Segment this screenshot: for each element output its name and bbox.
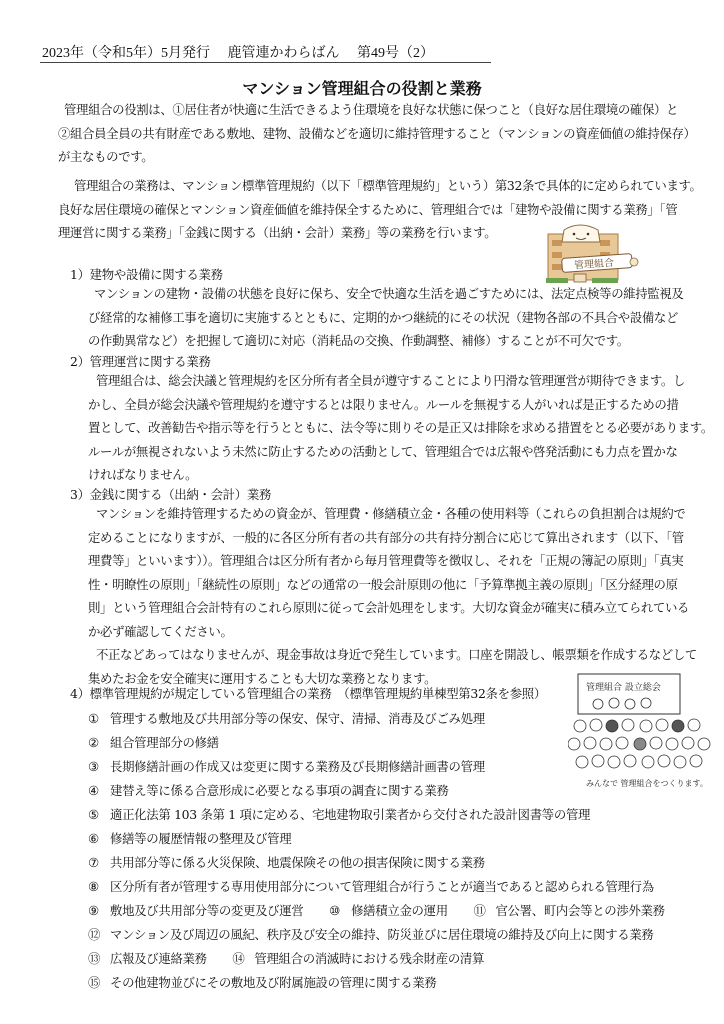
text-line: マンションの建物・設備の状態を良好に保ち、安全で快適な生活を過ごすためには、法定…	[94, 282, 683, 306]
duty-item-3: ③長期修繕計画の作成又は変更に関する業務及び長期修繕計画書の管理	[88, 757, 485, 775]
duty-text: 広報及び連絡業務	[110, 951, 207, 966]
duty-number: ⑦	[88, 855, 110, 870]
text-line: ②組合員全員の共有財産である敷地、建物、設備などを適切に維持管理すること（マンシ…	[58, 122, 696, 146]
duty-item-8: ⑧区分所有者が管理する専用使用部分について管理組合が行うことが適当であると認めら…	[88, 877, 654, 895]
newsletter-name: 鹿管連かわらばん	[228, 46, 340, 61]
building-mascot-illustration: 管理組合	[540, 222, 660, 286]
text-line: 良好な居住環境の確保とマンション資産価値を維持保全するために、管理組合では「建物…	[58, 198, 702, 222]
text-line: 不正などあってはなりませんが、現金事故は身近で発生しています。口座を開設し、帳票…	[96, 643, 697, 667]
duty-number: ⑬	[88, 949, 110, 967]
duty-item-1: ①管理する敷地及び共用部分等の保安、保守、清掃、消毒及びごみ処理	[88, 709, 485, 727]
duty-number: ⑤	[88, 807, 110, 822]
assembly-banner: 管理組合 設立総会	[586, 681, 661, 693]
text-line: び経常的な補修工事を適切に実施するとともに、定期的かつ継続的にその状況（建物各部…	[88, 306, 683, 330]
text-line: 理費等」といいます））。管理組合は区分所有者から毎月管理費等を徴収し、それを「正…	[88, 549, 697, 573]
duty-text: 共用部分等に係る火災保険、地震保険その他の損害保険に関する業務	[110, 855, 485, 870]
header-divider	[40, 62, 491, 63]
duty-text: 修繕積立金の運用	[351, 903, 448, 918]
section-3-heading: 3）金銭に関する（出納・会計）業務	[70, 485, 271, 503]
duty-number: ⑫	[88, 925, 110, 943]
text-line: ければなりません。	[88, 463, 713, 487]
text-line: が主なものです。	[58, 145, 696, 169]
duty-text: 組合管理部分の修繕	[110, 735, 219, 750]
duty-text: マンション及び周辺の風紀、秩序及び安全の維持、防災並びに居住環境の維持及び向上に…	[110, 927, 654, 942]
text-line: 置として、改善勧告や指示等を行うとともに、法令等に則りその是正又は排除を求める措…	[88, 416, 713, 440]
duty-number: ①	[88, 711, 110, 726]
text-line: 則」という管理組合会計特有のこれら原則に従って会計処理をします。大切な資金が確実…	[88, 596, 697, 620]
section-1-body: マンションの建物・設備の状態を良好に保ち、安全で快適な生活を過ごすためには、法定…	[94, 282, 683, 353]
newsletter-page: 2023年（令和5年）5月発行 鹿管連かわらばん 第49号（2） マンション管理…	[0, 0, 724, 1024]
intro-paragraph-1: 管理組合の役割は、①居住者が快適に生活できるよう住環境を良好な状態に保つこと（良…	[64, 98, 696, 169]
duty-text: 管理組合の消滅時における残余財産の清算	[254, 951, 484, 966]
duty-item-15: ⑮その他建物並びにその敷地及び附属施設の管理に関する業務	[88, 973, 436, 991]
issue-number: 第49号（2）	[357, 46, 434, 61]
duty-row-9-11: ⑨敷地及び共用部分等の変更及び運営 ⑩修繕積立金の運用 ⑪官公署、町内会等との渉…	[88, 901, 665, 919]
duty-text: その他建物並びにその敷地及び附属施設の管理に関する業務	[110, 975, 436, 990]
duty-number: ⑭	[232, 949, 254, 967]
assembly-caption: みんなで 管理組合をつくります。	[586, 778, 708, 788]
duty-item-7: ⑦共用部分等に係る火災保険、地震保険その他の損害保険に関する業務	[88, 853, 485, 871]
duty-item-6: ⑥修繕等の履歴情報の整理及び管理	[88, 829, 291, 847]
duty-number: ⑩	[329, 903, 351, 918]
issue-date: 2023年（令和5年）5月発行	[42, 46, 210, 61]
duty-text: 区分所有者が管理する専用使用部分について管理組合が行うことが適当であると認められ…	[110, 879, 654, 894]
section-3-body: マンションを維持管理するための資金が、管理費・修繕積立金・各種の使用料等（これら…	[96, 502, 697, 690]
text-line: か必ず確認してください。	[88, 620, 697, 644]
duty-number: ⑮	[88, 973, 110, 991]
text-line: マンションを維持管理するための資金が、管理費・修繕積立金・各種の使用料等（これら…	[96, 502, 697, 526]
duty-item-2: ②組合管理部分の修繕	[88, 733, 219, 751]
text-line: かし、全員が総会決議や管理規約を遵守するとは限りません。ルールを無視する人がいれ…	[88, 393, 713, 417]
text-line: 定めることになりますが、一般的に各区分所有者の共有部分の共有持分割合に応じて算出…	[88, 526, 697, 550]
duty-text: 管理する敷地及び共用部分等の保安、保守、清掃、消毒及びごみ処理	[110, 711, 485, 726]
duty-number: ②	[88, 735, 110, 750]
text-line: 性・明瞭性の原則」「継続性の原則」などの通常の一般会計原則の他に「予算準拠主義の…	[88, 573, 697, 597]
text-line: ルールが無視されないよう未然に防止するための活動として、管理組合では広報や啓発活…	[88, 440, 713, 464]
duty-text: 適正化法第 103 条第 1 項に定める、宅地建物取引業者から交付された設計図書…	[110, 807, 590, 822]
duty-item-12: ⑫マンション及び周辺の風紀、秩序及び安全の維持、防災並びに居住環境の維持及び向上…	[88, 925, 654, 943]
assembly-meeting-illustration: 管理組合 設立総会 みんなで 管理組合をつくります。	[568, 670, 714, 792]
duty-number: ⑪	[473, 901, 495, 919]
text-line: 管理組合の役割は、①居住者が快適に生活できるよう住環境を良好な状態に保つこと（良…	[64, 98, 696, 122]
text-line: 管理組合は、総会決議と管理規約を区分所有者全員が遵守することにより円滑な管理運営…	[96, 369, 713, 393]
duty-item-5: ⑤適正化法第 103 条第 1 項に定める、宅地建物取引業者から交付された設計図…	[88, 805, 590, 823]
duty-text: 敷地及び共用部分等の変更及び運営	[110, 903, 303, 918]
duty-number: ④	[88, 783, 110, 798]
duty-text: 修繕等の履歴情報の整理及び管理	[110, 831, 291, 846]
page-header: 2023年（令和5年）5月発行 鹿管連かわらばん 第49号（2）	[42, 42, 492, 62]
text-line: の作動異常など）を把握して適切に対応（消耗品の交換、作動調整、補修）することが不…	[88, 329, 683, 353]
section-4-heading: 4）標準管理規約が規定している管理組合の業務 （標準管理規約単棟型第32条を参照…	[70, 684, 546, 702]
section-2-body: 管理組合は、総会決議と管理規約を区分所有者全員が遵守することにより円滑な管理運営…	[96, 369, 713, 487]
duty-number: ⑥	[88, 831, 110, 846]
section-1-heading: 1）建物や設備に関する業務	[70, 265, 223, 283]
duty-number: ⑨	[88, 903, 110, 918]
duty-text: 長期修繕計画の作成又は変更に関する業務及び長期修繕計画書の管理	[110, 759, 485, 774]
section-2-heading: 2）管理運営に関する業務	[70, 352, 211, 370]
duty-number: ③	[88, 759, 110, 774]
duty-text: 建替え等に係る合意形成に必要となる事項の調査に関する業務	[110, 783, 449, 798]
duty-number: ⑧	[88, 879, 110, 894]
article-title: マンション管理組合の役割と業務	[0, 76, 724, 99]
duty-row-13-14: ⑬広報及び連絡業務 ⑭管理組合の消滅時における残余財産の清算	[88, 949, 484, 967]
duty-item-4: ④建替え等に係る合意形成に必要となる事項の調査に関する業務	[88, 781, 449, 799]
text-line: 管理組合の業務は、マンション標準管理規約（以下「標準管理規約」という）第32条で…	[74, 174, 702, 198]
duty-text: 官公署、町内会等との渉外業務	[495, 903, 664, 918]
